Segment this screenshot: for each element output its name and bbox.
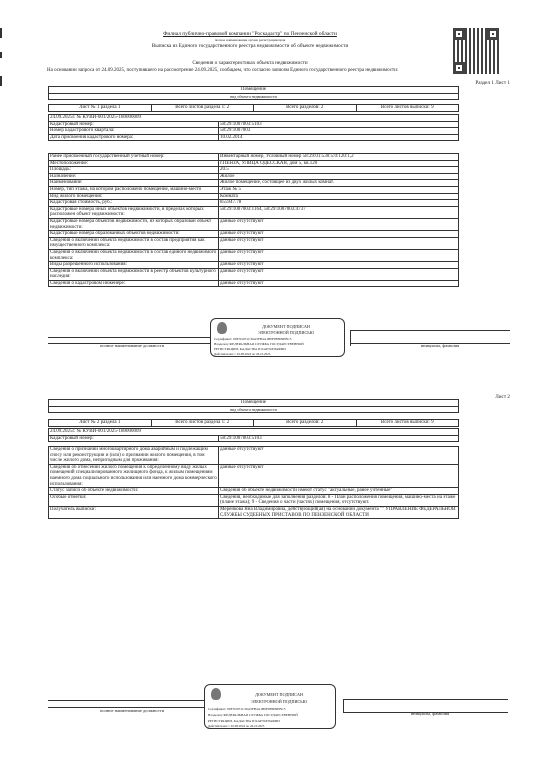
object-type-caption: вид объекта недвижимости (49, 406, 459, 413)
table-row: Кадастровая стоимость, руб.:855947.78 (49, 200, 459, 207)
field-value: 58:29:1007003 (219, 128, 459, 135)
section-subtitle: Сведения о характеристиках объекта недви… (100, 60, 400, 66)
field-label: Сведения о кадастровом инженере: (49, 280, 219, 287)
field-value: данные отсутствуют (219, 237, 459, 249)
field-label: Местоположение: (49, 160, 219, 167)
document-number: 24.09.2025г. № КУВИ-001/2025-180000009 (49, 429, 459, 436)
table-row: Сведения о включении объекта недвижимост… (49, 249, 459, 261)
field-value: данные отсутствуют (219, 231, 459, 238)
object-type: Помещение (49, 400, 459, 407)
field-label: Кадастровые номера образованных объектов… (49, 231, 219, 238)
sheet1-details-table: Ранее присвоенный государственный учетны… (48, 153, 459, 287)
table-row: Местоположение:г.ПЕНЗА, УЛИЦА ОДЕССКАЯ, … (49, 160, 459, 167)
scan-mark (0, 76, 2, 86)
intro-text: На основании запроса от 24.09.2025, пост… (47, 68, 398, 74)
sheet1-label: Раздел 1 Лист 1 (475, 80, 510, 86)
stamp-title: ДОКУМЕНТ ПОДПИСАН (225, 692, 333, 698)
field-value: Сведения, необходимые для заполнения раз… (219, 494, 459, 506)
field-value: 10.02.2014 (219, 134, 459, 141)
field-label: Кадастровая стоимость, руб.: (49, 200, 219, 207)
field-value: Комната (219, 193, 459, 200)
section-sheets: Всего листов раздела 1: 2 (151, 105, 254, 112)
field-value: данные отсутствуют (219, 464, 459, 487)
table-row: Сведения об отнесении жилого помещения к… (49, 464, 459, 487)
field-value: данные отсутствуют (219, 249, 459, 261)
total-sheets: Всего листов выписки: 9 (356, 420, 459, 427)
document-number: 24.09.2025г. № КУВИ-001/2025-180000009 (49, 115, 459, 122)
field-value: данные отсутствуют (219, 447, 459, 465)
field-value: 58:29:1007003:5103 (219, 435, 459, 442)
field-value: Сведения об объекте недвижимости имеют с… (219, 488, 459, 495)
field-label: Дата присвоения кадастрового номера: (49, 134, 219, 141)
stamp-validity: Действителен: с 02.08.2024 по 26.10.2025 (208, 723, 264, 729)
sheet2-object-header: Помещение вид объекта недвижимости (48, 399, 459, 413)
scan-mark (0, 52, 2, 58)
field-label: Номер кадастрового квартала: (49, 128, 219, 135)
sheet2-info-row: Лист № 2 раздела 1 Всего листов раздела … (48, 419, 459, 427)
field-value: 58:29:1007003:5103 (219, 121, 459, 128)
field-label: Сведения о включении объекта недвижимост… (49, 237, 219, 249)
field-label: Сведения о включении объекта недвижимост… (49, 268, 219, 280)
field-value: данные отсутствуют (219, 268, 459, 280)
sheet1-object-header: Помещение вид объекта недвижимости (48, 86, 459, 100)
sheet1-top-table: 24.09.2025г. № КУВИ-001/2025-180000009 К… (48, 114, 459, 141)
field-value: Жилое (219, 173, 459, 180)
field-label: Сведения о включении объекта недвижимост… (49, 249, 219, 261)
table-row: Особые отметки:Сведения, необходимые для… (49, 494, 459, 506)
field-label: Сведения об отнесении жилого помещения к… (49, 464, 219, 487)
position-caption: полное наименование должности (48, 343, 216, 349)
field-label: Кадастровые номера объектов недвижимости… (49, 218, 219, 230)
table-row: Сведения о включении объекта недвижимост… (49, 268, 459, 280)
table-row: Площадь:20.5 (49, 167, 459, 174)
sheet-number: Лист № 1 раздела 1 (49, 105, 152, 112)
field-value: 58:29:1007003:1164, 58:29:1007003:4737 (219, 206, 459, 218)
field-label: Наименование: (49, 180, 219, 187)
table-row: Номер, тип этажа, на котором расположено… (49, 186, 459, 193)
table-row: Сведения о кадастровом инженере:данные о… (49, 280, 459, 287)
table-row: Вид жилого помещения:Комната (49, 193, 459, 200)
field-label: Виды разрешенного использования: (49, 262, 219, 269)
sheet2-details-table: Сведения о признании многоквартирного до… (48, 446, 459, 519)
total-sections: Всего разделов: 2 (254, 420, 357, 427)
e-signature-stamp: ДОКУМЕНТ ПОДПИСАН ЭЛЕКТРОННОЙ ПОДПИСЬЮ С… (210, 318, 345, 357)
coat-of-arms-icon (217, 322, 227, 334)
table-row: Ранее присвоенный государственный учетны… (49, 154, 459, 161)
field-value: Этаж № 5 (219, 186, 459, 193)
field-label: Кадастровый номер: (49, 435, 219, 442)
sheet-number: Лист № 2 раздела 1 (49, 420, 152, 427)
field-label: Кадастровые номера иных объектов недвижи… (49, 206, 219, 218)
name-caption: инициалы, фамилия (380, 343, 500, 349)
e-signature-stamp: ДОКУМЕНТ ПОДПИСАН ЭЛЕКТРОННОЙ ПОДПИСЬЮ С… (204, 684, 336, 729)
field-label: Вид жилого помещения: (49, 193, 219, 200)
table-row: Получатель выписки:Меренкова Яна Владими… (49, 506, 459, 518)
field-label: Особые отметки: (49, 494, 219, 506)
sheet1-info-row: Лист № 1 раздела 1 Всего листов раздела … (48, 104, 459, 112)
name-caption: инициалы, фамилия (370, 711, 490, 717)
field-value: данные отсутствуют (219, 280, 459, 287)
scan-mark (0, 28, 2, 38)
sheet2-label: Лист 2 (495, 394, 510, 400)
qr-code-icon (453, 28, 499, 74)
object-type-caption: вид объекта недвижимости (49, 93, 459, 100)
stamp-title-2: ЭЛЕКТРОННОЙ ПОДПИСЬЮ (225, 699, 333, 705)
table-row: Статус записи об объекте недвижимости:Св… (49, 488, 459, 495)
field-label: Номер, тип этажа, на котором расположено… (49, 186, 219, 193)
total-sheets: Всего листов выписки: 9 (356, 105, 459, 112)
field-value: Жилое помещение, состоящее из двух жилых… (219, 180, 459, 187)
table-row: Наименование:Жилое помещение, состоящее … (49, 180, 459, 187)
stamp-validity: Действителен: с 02.08.2024 по 26.10.2025 (214, 351, 270, 357)
field-value: 855947.78 (219, 200, 459, 207)
field-label: Назначение: (49, 173, 219, 180)
field-value: данные отсутствуют (219, 218, 459, 230)
table-row: Назначение:Жилое (49, 173, 459, 180)
field-label: Ранее присвоенный государственный учетны… (49, 154, 219, 161)
field-value: 20.5 (219, 167, 459, 174)
total-sections: Всего разделов: 2 (254, 105, 357, 112)
field-value: Инвентарный номер, Условный номер 58:29:… (219, 154, 459, 161)
field-label: Сведения о признании многоквартирного до… (49, 447, 219, 465)
field-label: Получатель выписки: (49, 506, 219, 518)
table-row: Сведения о признании многоквартирного до… (49, 447, 459, 465)
sheet2-top-table: 24.09.2025г. № КУВИ-001/2025-180000009 К… (48, 428, 459, 442)
section-sheets: Всего листов раздела 1: 2 (151, 420, 254, 427)
field-label: Площадь: (49, 167, 219, 174)
field-label: Статус записи об объекте недвижимости: (49, 488, 219, 495)
field-value: г.ПЕНЗА, УЛИЦА ОДЕССКАЯ, дом 5, кв.120 (219, 160, 459, 167)
object-type: Помещение (49, 87, 459, 94)
coat-of-arms-icon (211, 688, 221, 700)
field-value: Меренкова Яна Владимировна, действующий(… (219, 506, 459, 518)
field-label: Кадастровый номер: (49, 121, 219, 128)
document-title: Выписка из Единого государственного реес… (80, 43, 420, 49)
table-row: Кадастровые номера объектов недвижимости… (49, 218, 459, 230)
table-row: Кадастровые номера образованных объектов… (49, 231, 459, 238)
table-row: Кадастровые номера иных объектов недвижи… (49, 206, 459, 218)
table-row: Виды разрешенного использования:данные о… (49, 262, 459, 269)
field-value: данные отсутствуют (219, 262, 459, 269)
position-caption: полное наименование должности (48, 708, 216, 714)
table-row: Сведения о включении объекта недвижимост… (49, 237, 459, 249)
